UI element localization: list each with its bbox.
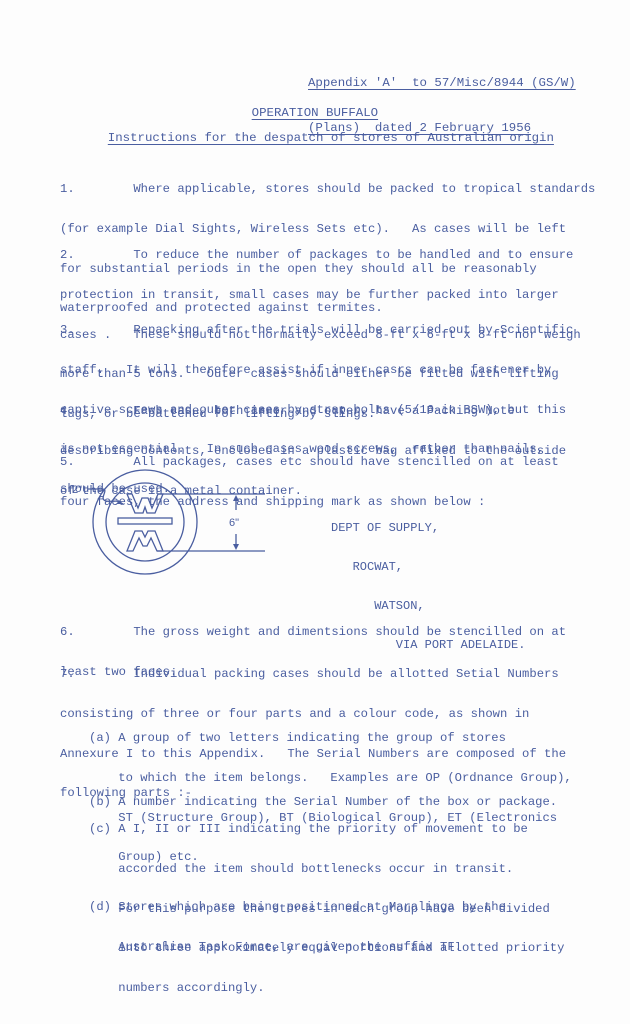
letter-w-icon [127,494,163,513]
document-page: Appendix 'A' to 57/Misc/8944 (GS/W) (Pla… [0,0,630,1024]
ring-width-label: 2" [72,484,82,496]
document-subtitle: Instructions for the despatch of stores … [0,117,630,159]
height-label: 6" [229,517,239,529]
arrow-up-icon [233,495,239,501]
divider-bar [118,518,172,524]
outer-ring [93,470,197,574]
reference-line-1: Appendix 'A' to 57/Misc/8944 (GS/W) [308,76,576,91]
sub-item-d: (d) Stores which are being positioned at… [89,875,506,981]
letter-m-icon [127,531,163,551]
leader-arrow-icon [117,500,124,504]
arrow-down-icon [233,544,239,550]
shipping-mark-diagram: 2" 6" [60,467,280,577]
